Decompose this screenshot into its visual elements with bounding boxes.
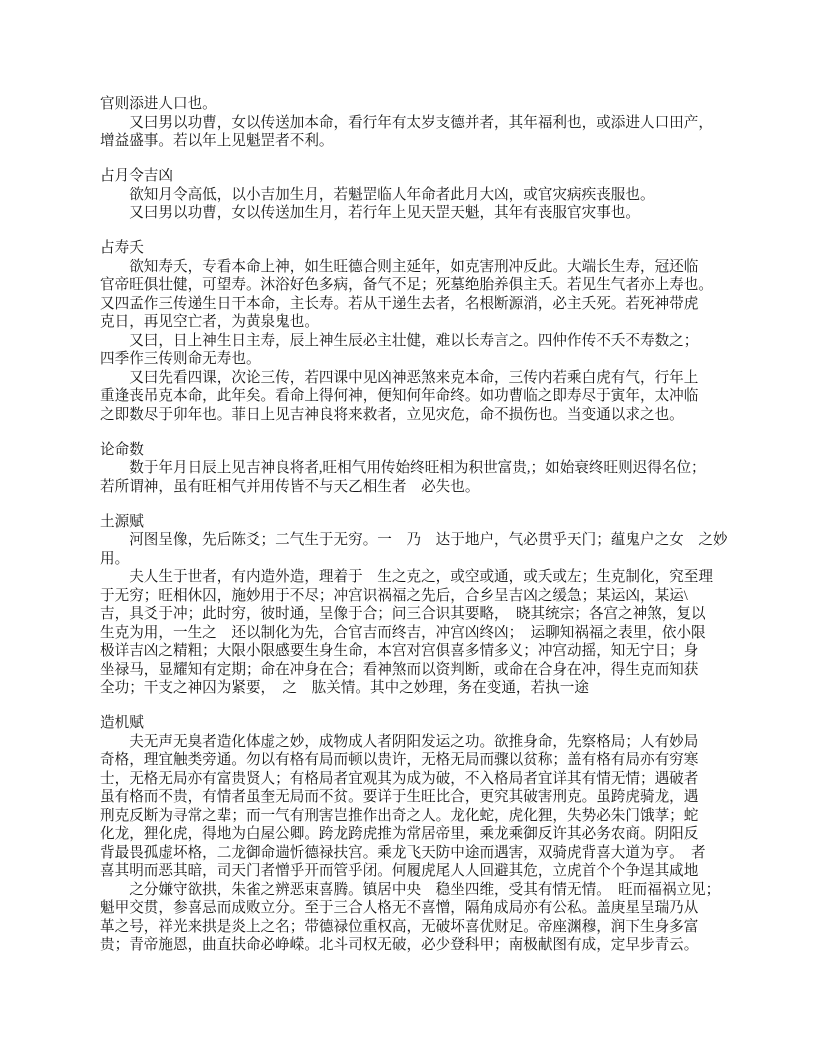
text-line: 又曰男以功曹，女以传送加本命，看行年有太岁支德并者，其年福利也，或添进人口田产，	[100, 114, 716, 133]
section: 土源赋 河图呈像，先后陈爻；二气生于无穷。一 乃 达于地户，气必贯乎天门；蕴鬼户…	[100, 513, 716, 698]
text-line: 数于年月日辰上见吉神良将者,旺相气用传始终旺相为积世富贵,；如始衰终旺则迟得名位…	[100, 459, 716, 478]
document-body: 官则添进人口也。 又曰男以功曹，女以传送加本命，看行年有太岁支德并者，其年福利也…	[100, 95, 716, 955]
text-line: 化龙，狸化虎，得地为白屋公卿。跨龙跨虎推为常居帝里，乘龙乘御反许其必务农商。阴阳…	[100, 825, 716, 844]
text-line: 夫无声无臭者造化体虚之妙，成物成人者阴阳发运之功。欲推身命，先察格局；人有妙局	[100, 733, 716, 752]
text-line: 魁甲交贯，参喜忌而成败立分。至于三合人格无不喜憎，隔角成局亦有公私。盖庚星呈瑞乃…	[100, 899, 716, 918]
section: 占月令吉凶 欲知月令高低，以小吉加生月，若魁罡临人年命者此月大凶，或官灾病疾丧服…	[100, 167, 716, 223]
text-line: 又四孟作三传递生日干本命，主长寿。若从干递生去者，名根断源消，必主夭死。若死神带…	[100, 295, 716, 314]
section-title: 土源赋	[100, 513, 716, 532]
section-title: 占寿夭	[100, 239, 716, 258]
text-line: 克日，再见空亡者，为黄泉鬼也。	[100, 313, 716, 332]
text-line: 士，无格无局亦有富贵贤人；有格局者宜观其为成为破，不入格局者宜详其有情无情；遇破…	[100, 770, 716, 789]
text-line: 重逢丧吊克本命，此年矣。看命上得何神，便知何年命终。如功曹临之即寿尽于寅年，太冲…	[100, 387, 716, 406]
text-line: 若所谓神，虽有旺相气并用传皆不与天乙相生者 必失也。	[100, 478, 716, 497]
text-line: 欲知月令高低，以小吉加生月，若魁罡临人年命者此月大凶，或官灾病疾丧服也。	[100, 186, 716, 205]
text-line: 坐禄马，显耀知有定期；命在冲身在合；看神煞而以资判断，或命在合身在冲，得生克而知…	[100, 661, 716, 680]
text-line: 极详吉凶之精粗；大限小限感要生身生命，本宫对宫俱喜多情多义；冲宫动摇，知无宁日；…	[100, 642, 716, 661]
text-line: 贵；青帝施恩，曲直扶命必峥嵘。北斗司权无破，必少登科甲；南极献图有成，定早步青云…	[100, 936, 716, 955]
text-line: 背最畏孤虚坏格，二龙御命遄忻德禄扶宫。乘龙飞天防中途而遇害，双骑虎背喜大道为亨。…	[100, 844, 716, 863]
text-line: 用。	[100, 550, 716, 569]
text-line: 又曰，日上神生日主寿，辰上神生辰必主壮健，难以长寿言之。四仲作传不夭不寿数之；	[100, 332, 716, 351]
text-line: 官帝旺俱壮健，可望寿。沐浴好色多病，备气不足；死墓绝胎养俱主夭。若见生气者亦上寿…	[100, 276, 716, 295]
section-title: 造机赋	[100, 714, 716, 733]
document-page: 官则添进人口也。 又曰男以功曹，女以传送加本命，看行年有太岁支德并者，其年福利也…	[0, 0, 816, 1056]
text-line: 又曰男以功曹，女以传送加生月，若行年上见天罡天魁，其年有丧服官灾事也。	[100, 204, 716, 223]
text-line: 夫人生于世者，有内造外造，理着于 生之克之，或空或通，或夭或左；生克制化，究至理	[100, 568, 716, 587]
section: 造机赋 夫无声无臭者造化体虚之妙，成物成人者阴阳发运之功。欲推身命，先察格局；人…	[100, 714, 716, 955]
text-line: 河图呈像，先后陈爻；二气生于无穷。一 乃 达于地户，气必贯乎天门；蕴鬼户之女 之…	[100, 531, 716, 550]
text-line: 又曰先看四课，次论三传，若四课中见凶神恶煞来克本命，三传内若乘白虎有气，行年上	[100, 369, 716, 388]
text-line: 虽有格而不贵，有情者虽奎无局而不贫。要详于生旺比合，更究其破害刑克。虽跨虎骑龙，…	[100, 788, 716, 807]
section: 官则添进人口也。 又曰男以功曹，女以传送加本命，看行年有太岁支德并者，其年福利也…	[100, 95, 716, 151]
text-line: 革之号，祥光来拱是炎上之名；带德禄位重权高，无破坏喜优财足。帝座渊穆，润下生身多…	[100, 918, 716, 937]
text-line: 四季作三传则命无寿也。	[100, 350, 716, 369]
section: 占寿夭 欲知寿夭，专看本命上神，如生旺德合则主延年，如克害刑冲反此。大端长生寿，…	[100, 239, 716, 424]
text-line: 之即数尽于卯年也。菲日上见吉神良将来救者，立见灾危，命不损伤也。当变通以求之也。	[100, 406, 716, 425]
text-line: 增益盛事。若以年上见魁罡者不利。	[100, 132, 716, 151]
text-line: 喜其明而恶其暗，司天门者憎乎开而管乎闭。何履虎尾人人回避其危，立虎首个个争逞其咸…	[100, 862, 716, 881]
text-line: 刑克反断为寻常之辈；而一气有刑害岂推作出奇之人。龙化蛇，虎化狸，失势必朱门饿莩；…	[100, 807, 716, 826]
section-title: 占月令吉凶	[100, 167, 716, 186]
text-line: 全功；干支之神囚为紧要， 之 肱关情。其中之妙理，务在变通，若执一途	[100, 679, 716, 698]
section: 论命数 数于年月日辰上见吉神良将者,旺相气用传始终旺相为积世富贵,；如始衰终旺则…	[100, 441, 716, 497]
section-title: 论命数	[100, 441, 716, 460]
text-line: 之分嫌守欲拱，朱雀之辨恶束喜腾。镇居中央 稳坐四维，受其有情无情。 旺而福祸立见…	[100, 881, 716, 900]
text-line: 官则添进人口也。	[100, 95, 716, 114]
text-line: 奇格，理宜触类旁通。勿以有格有局而顿以贵许，无格无局而骤以贫称；盖有格有局亦有穷…	[100, 751, 716, 770]
text-line: 于无穷；旺相休囚，施妙用于不尽；冲宫识祸福之先后，合乡呈吉凶之缓急；某运凶，某运…	[100, 587, 716, 606]
text-line: 吉，具爻于冲；此时穷，彼时通，呈像于合；问三合识其要略， 晓其统宗；各宫之神煞，…	[100, 605, 716, 624]
text-line: 欲知寿夭，专看本命上神，如生旺德合则主延年，如克害刑冲反此。大端长生寿，冠还临	[100, 258, 716, 277]
text-line: 生克为用，一生之 还以制化为先，合官吉而终吉，冲宫凶终凶； 运聊知祸福之表里，依…	[100, 624, 716, 643]
